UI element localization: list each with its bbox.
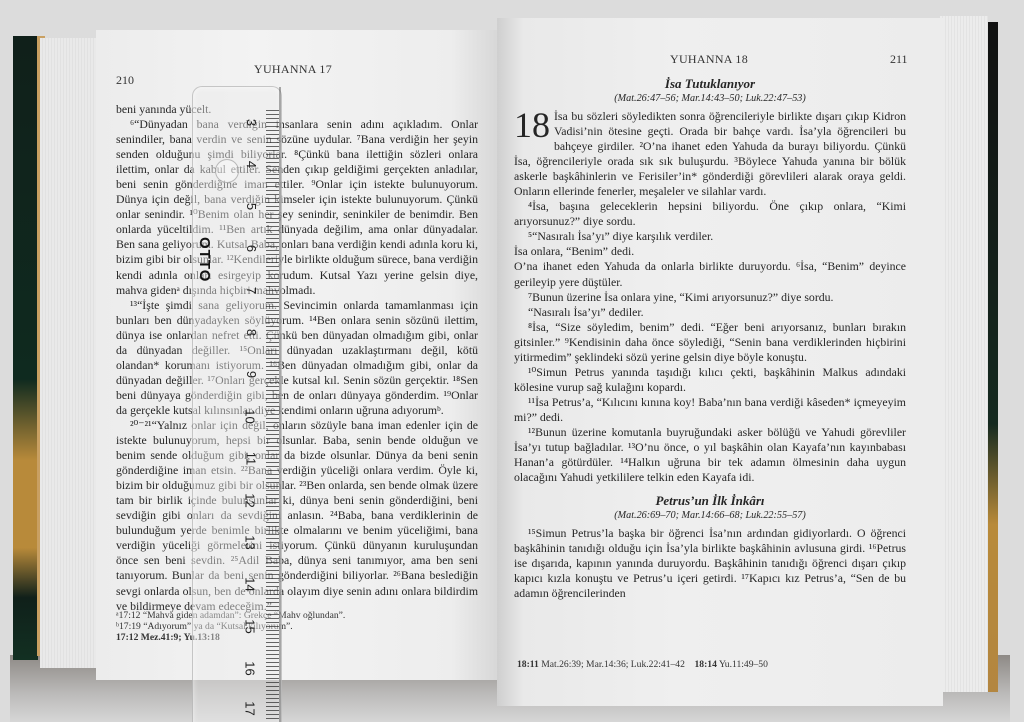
right-body-text: İsa Tutuklanıyor (Mat.26:47–56; Mar.14:4… xyxy=(514,74,906,601)
left-page: 210 YUHANNA 17 beni yanında yücelt. ⁶“Dü… xyxy=(96,30,500,680)
ruler-hang-hole xyxy=(215,159,239,183)
ruler-number: 12 xyxy=(242,493,257,507)
right-page: YUHANNA 18 211 İsa Tutuklanıyor (Mat.26:… xyxy=(497,18,943,706)
paragraph: ⁷Bunun üzerine İsa onlara yine, “Kimi ar… xyxy=(514,290,906,305)
paragraph: ⁶“Dünyadan bana verdiğin insanlara senin… xyxy=(116,117,478,298)
ruler-number: 11 xyxy=(243,452,258,466)
paragraph: ⁴İsa, başına geleceklerin hepsini biliyo… xyxy=(514,199,906,229)
ruler-number: 14 xyxy=(242,577,257,591)
paragraph: “Nasıralı İsa’yı” dediler. xyxy=(514,305,906,320)
paragraph: ¹¹İsa Petrus’a, “Kılıcını kınına koy! Ba… xyxy=(514,395,906,425)
paragraph: ¹³“İşte şimdi sana geliyorum. Sevincimin… xyxy=(116,298,478,418)
ruler-number: 5 xyxy=(244,203,259,210)
footnote: ᵃ17:12 “Mahva giden adamdan”: Grekçe “Ma… xyxy=(116,610,476,621)
paragraph: ⁸İsa, “Size söyledim, benim” dedi. “Eğer… xyxy=(514,320,906,365)
ruler-number: 6 xyxy=(244,245,259,252)
ruler-number: 15 xyxy=(242,619,257,633)
left-footnotes: ᵃ17:12 “Mahva giden adamdan”: Grekçe “Ma… xyxy=(116,610,476,643)
section-title: İsa Tutuklanıyor xyxy=(514,76,906,92)
ruler-number: 17 xyxy=(242,701,257,715)
paragraph: ¹⁵Simun Petrus’la başka bir öğrenci İsa’… xyxy=(514,526,906,601)
right-footnotes: 18:11 Mat.26:39; Mar.14:36; Luk.22:41–42… xyxy=(517,659,907,670)
ruler-number: 16 xyxy=(242,661,257,675)
ruler-scale xyxy=(257,107,279,722)
footnote-text: Yu.11:49–50 xyxy=(719,659,768,670)
transparent-ruler[interactable]: OTTO 3 4 5 6 7 8 9 10 11 12 13 14 15 16 … xyxy=(192,86,282,722)
ruler-number: 7 xyxy=(244,287,259,294)
paragraph: O’na ihanet eden Yahuda da onlarla birli… xyxy=(514,259,906,289)
page-number: 211 xyxy=(890,52,908,67)
ruler-brand-logo: OTTO xyxy=(196,237,213,282)
paragraph: beni yanında yücelt. xyxy=(116,102,478,117)
footnote-crossref: 17:12 Mez.41:9; Yu.13:18 xyxy=(116,632,476,643)
footnote-ref: 18:11 xyxy=(517,659,539,670)
page-stack-left xyxy=(40,38,100,668)
paragraph: ⁵“Nasıralı İsa’yı” diye karşılık verdile… xyxy=(514,229,906,244)
footnote-text: Mat.26:39; Mar.14:36; Luk.22:41–42 xyxy=(541,659,685,670)
paragraph: İsa bu sözleri söyledikten sonra öğrenci… xyxy=(514,109,906,199)
section-reference: (Mat.26:69–70; Mar.14:66–68; Luk.22:55–5… xyxy=(514,509,906,522)
paragraph: ¹²Bunun üzerine komutanla buyruğundaki a… xyxy=(514,425,906,485)
ruler-number: 3 xyxy=(244,119,259,126)
running-head: YUHANNA 18 xyxy=(670,52,748,67)
footnote-ref: 18:14 xyxy=(695,659,717,670)
ruler-number: 8 xyxy=(244,329,259,336)
paragraph: ²⁰⁻²¹“Yalnız onlar için değil, onların s… xyxy=(116,418,478,614)
paragraph: İsa onlara, “Benim” dedi. xyxy=(514,244,906,259)
section-title: Petrus’un İlk İnkârı xyxy=(514,493,906,509)
section-reference: (Mat.26:47–56; Mar.14:43–50; Luk.22:47–5… xyxy=(514,92,906,105)
ruler-number: 9 xyxy=(244,371,259,378)
book-cover-left xyxy=(13,36,38,660)
left-body-text: beni yanında yücelt. ⁶“Dünyadan bana ver… xyxy=(116,102,478,614)
page-number: 210 xyxy=(116,73,134,88)
running-head: YUHANNA 17 xyxy=(254,62,332,77)
ruler-number: 10 xyxy=(242,409,257,423)
ruler-number: 13 xyxy=(242,535,257,549)
chapter-number: 18 xyxy=(514,110,550,140)
footnote: ᵇ17:19 “Adıyorum” ya da “Kutsal kılıyoru… xyxy=(116,621,476,632)
ruler-edge xyxy=(279,87,281,722)
paragraph: ¹⁰Simun Petrus yanında taşıdığı kılıcı ç… xyxy=(514,365,906,395)
page-stack-right xyxy=(940,16,988,692)
ruler-number: 4 xyxy=(244,161,259,168)
